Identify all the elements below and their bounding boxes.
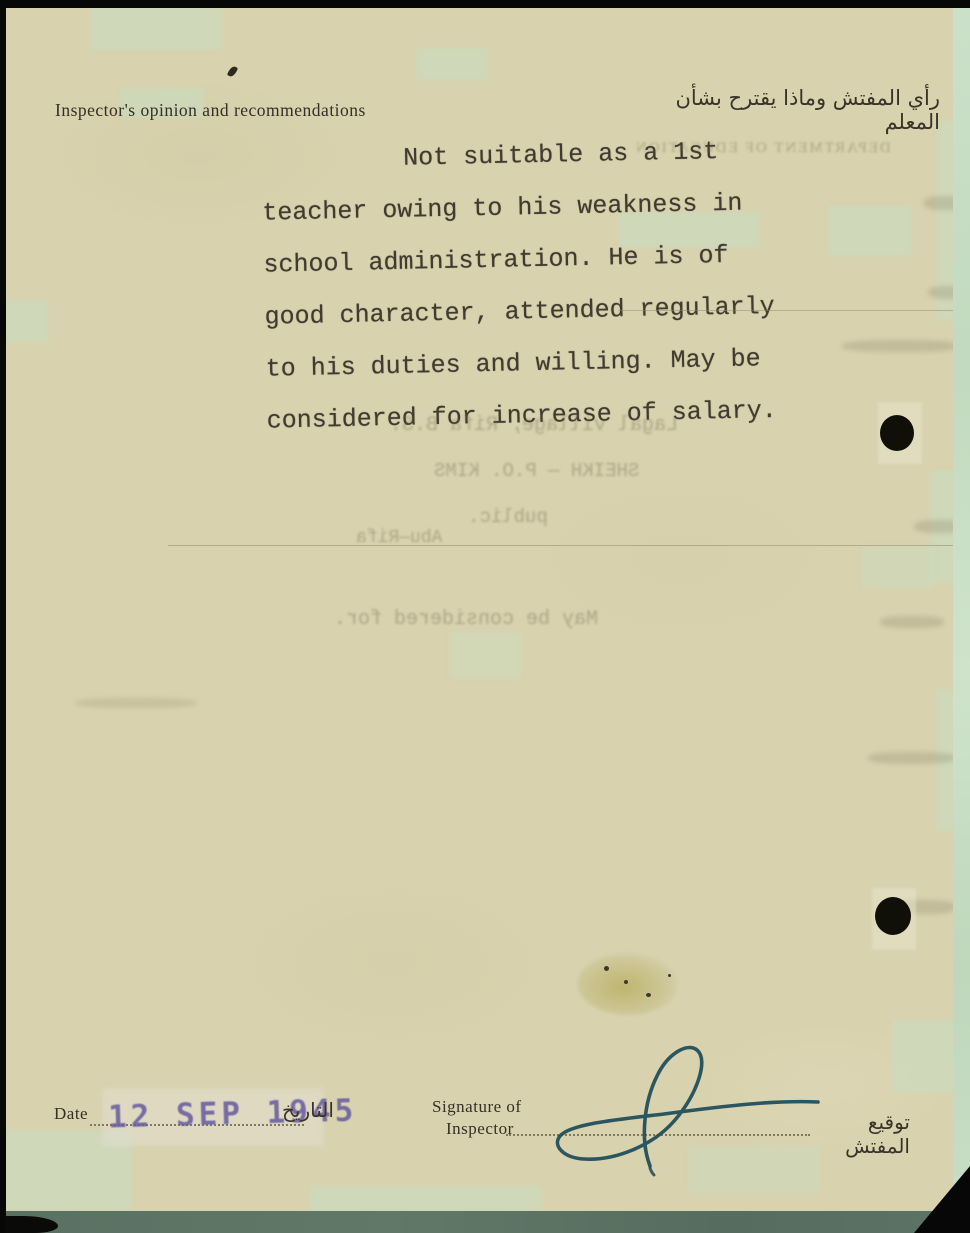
stain-speck bbox=[624, 980, 628, 984]
scan-edge-top bbox=[0, 0, 970, 8]
scan-tint-patch bbox=[450, 632, 522, 678]
stain-speck bbox=[668, 974, 671, 977]
inspector-signature bbox=[436, 1028, 906, 1198]
bleedthrough-text: May be considered for. bbox=[334, 608, 598, 631]
bleed-smudge bbox=[842, 340, 960, 352]
scan-edge-left bbox=[0, 0, 6, 1233]
bleed-smudge bbox=[868, 752, 956, 764]
hole-punch bbox=[880, 415, 914, 451]
scan-tint-patch bbox=[828, 206, 912, 256]
date-label-english: Date bbox=[54, 1104, 88, 1124]
scan-tint-patch bbox=[416, 48, 488, 80]
bleedthrough-text: Abu—Rifa bbox=[356, 528, 442, 548]
form-rule bbox=[168, 545, 958, 546]
opinion-text-block: Not suitable as a 1st teacher owing to h… bbox=[261, 124, 807, 447]
stain-speck bbox=[646, 993, 651, 997]
bleedthrough-text: DEPARTMENT OF EDUCATION bbox=[634, 140, 891, 157]
paper-sheet: Inspector's opinion and recommendations … bbox=[6, 8, 970, 1233]
bleedthrough-text: SHEIKH — P.O. KIMS bbox=[434, 460, 639, 482]
bleedthrough-text: public. bbox=[468, 506, 548, 528]
bleed-smudge bbox=[880, 616, 944, 628]
scan-edge-bottom bbox=[6, 1211, 970, 1233]
header-title-english: Inspector's opinion and recommendations bbox=[55, 100, 366, 121]
form-rule bbox=[618, 310, 954, 311]
ink-speck bbox=[227, 65, 238, 78]
scan-corner-mark bbox=[0, 1216, 58, 1233]
date-label-arabic: التاريخ bbox=[282, 1098, 334, 1122]
stain bbox=[578, 953, 678, 1015]
bleed-smudge bbox=[76, 698, 196, 708]
scanned-document: Inspector's opinion and recommendations … bbox=[0, 0, 970, 1233]
scan-tint-patch bbox=[862, 546, 934, 588]
scan-edge-right bbox=[953, 8, 970, 1211]
stain-speck bbox=[604, 966, 609, 971]
scan-tint-patch bbox=[0, 300, 48, 342]
bleedthrough-text: Lagal village, Rifa B.S. bbox=[390, 414, 678, 437]
hole-punch bbox=[875, 897, 911, 935]
